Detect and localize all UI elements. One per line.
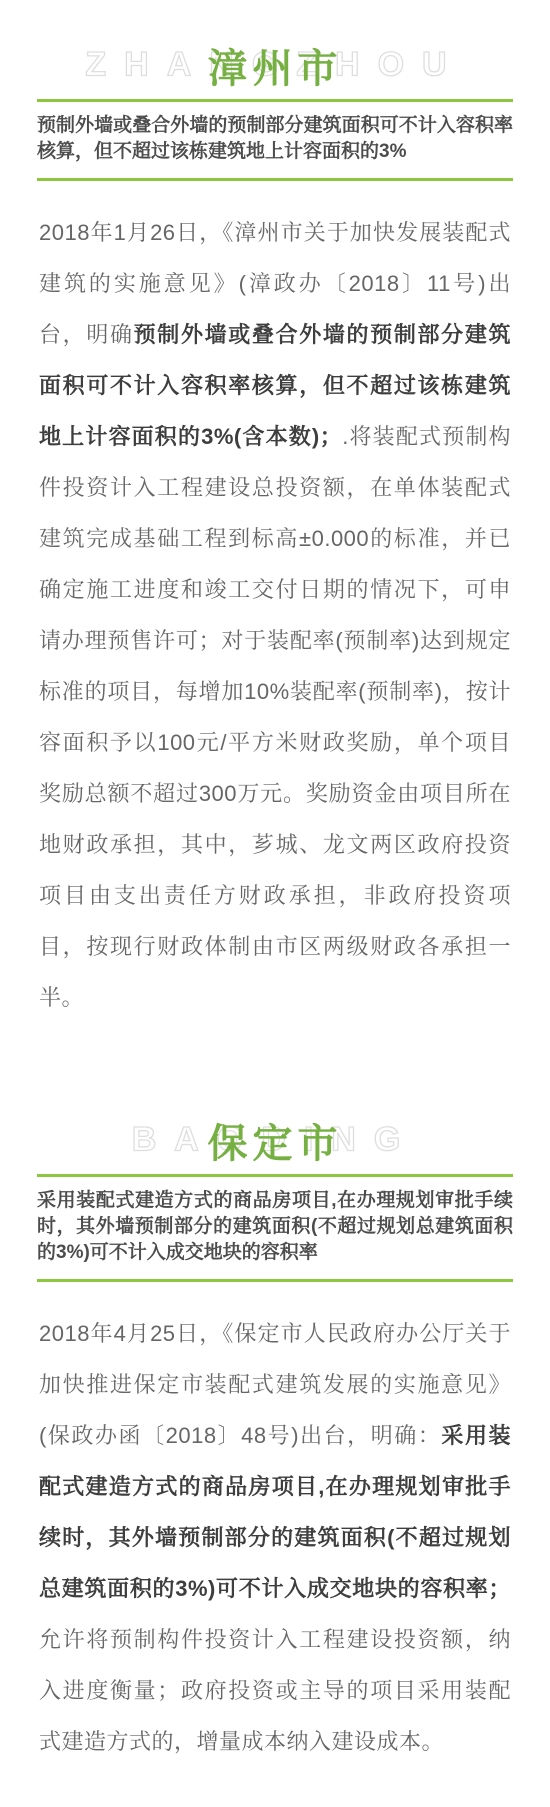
section-baoding: BAODING 保定市 采用装配式建造方式的商品房项目,在办理规划审批手续时，其… — [0, 1075, 550, 1767]
section-summary: 预制外墙或叠合外墙的预制部分建筑面积可不计入容积率核算，但不超过该栋建筑地上计容… — [37, 113, 513, 165]
divider-line — [37, 1174, 513, 1177]
section-summary: 采用装配式建造方式的商品房项目,在办理规划审批手续时，其外墙预制部分的建筑面积(… — [37, 1188, 513, 1266]
city-title: 漳州市 — [208, 37, 343, 94]
article-page: ZHANGZHOU 漳州市 预制外墙或叠合外墙的预制部分建筑面积可不计入容积率核… — [0, 0, 550, 1807]
section-title-row: ZHANGZHOU 漳州市 — [0, 38, 550, 92]
section-zhangzhou: ZHANGZHOU 漳州市 预制外墙或叠合外墙的预制部分建筑面积可不计入容积率核… — [0, 0, 550, 1023]
section-body: 2018年1月26日，《漳州市关于加快发展装配式建筑的实施意见》(漳政办〔201… — [39, 207, 511, 1023]
divider-line — [37, 1279, 513, 1282]
section-title-row: BAODING 保定市 — [0, 1113, 550, 1167]
section-body: 2018年4月25日，《保定市人民政府办公厅关于加快推进保定市装配式建筑发展的实… — [39, 1308, 511, 1767]
divider-line — [37, 99, 513, 102]
divider-line — [37, 178, 513, 181]
city-title: 保定市 — [208, 1112, 343, 1169]
